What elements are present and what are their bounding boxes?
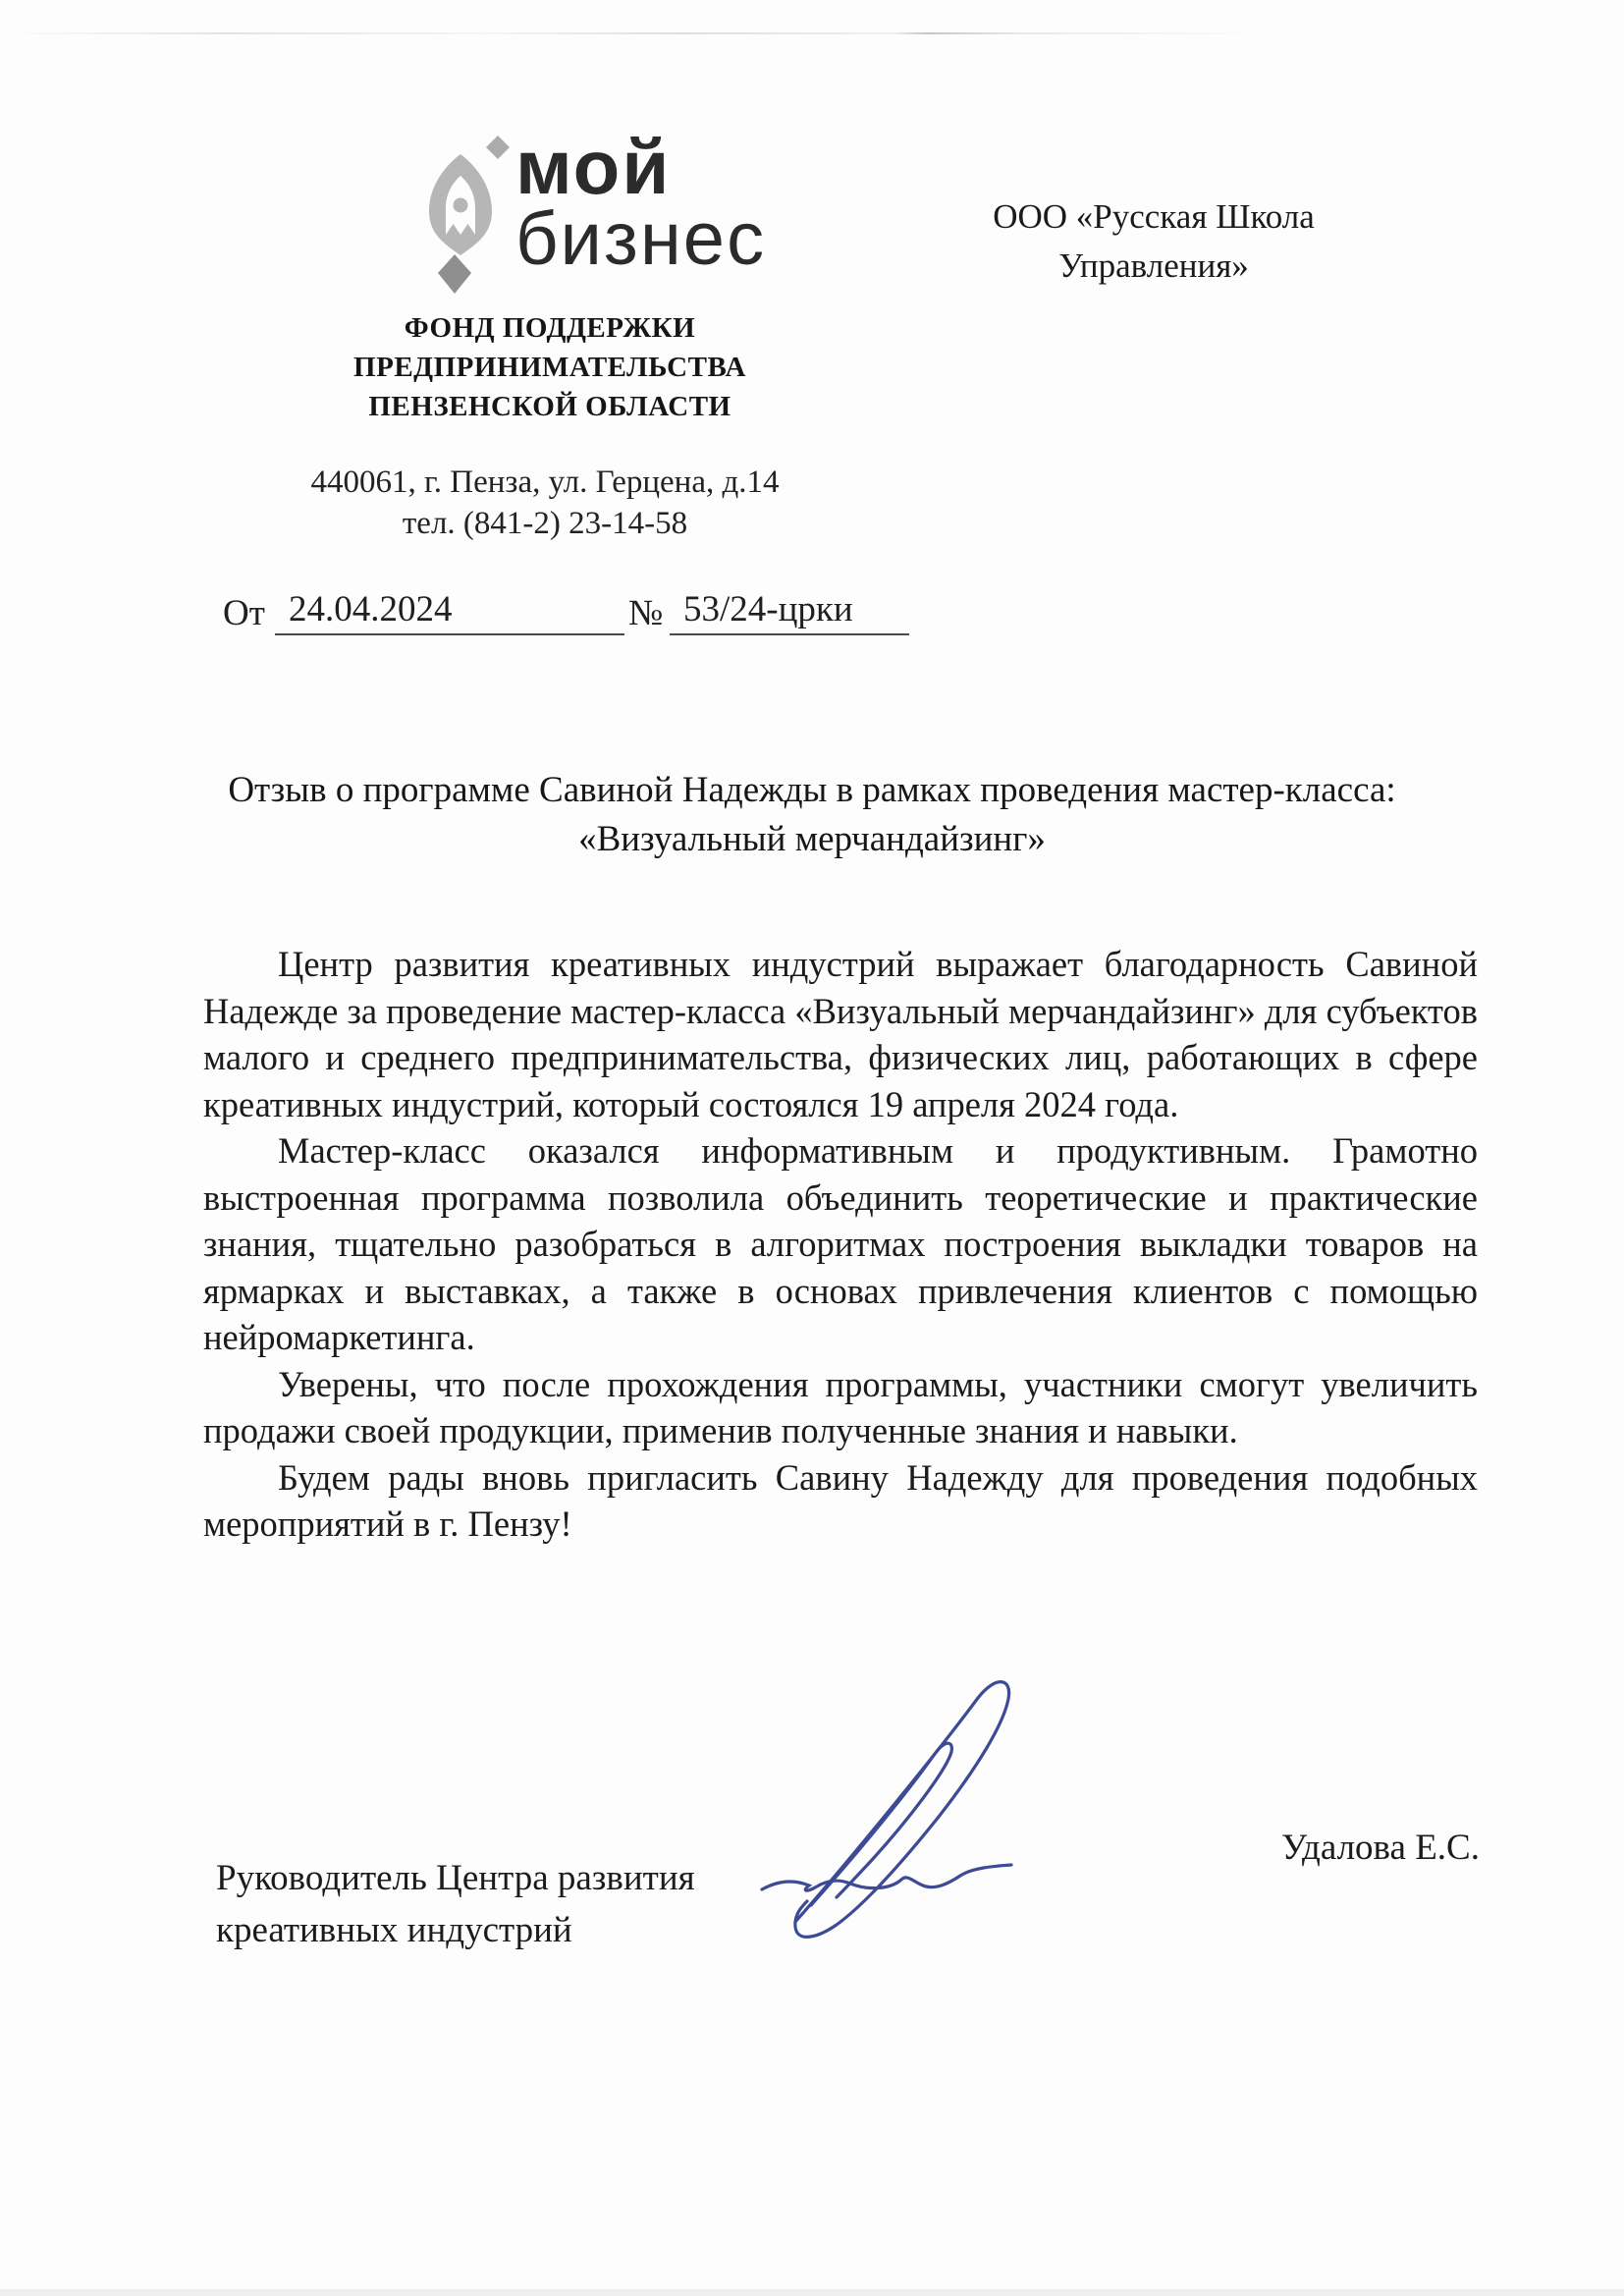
- recipient-org: ООО «Русская Школа Управления»: [957, 192, 1350, 291]
- brand-name-secondary: бизнес: [515, 198, 766, 281]
- scanned-letter-page: мой бизнес ФОНД ПОДДЕРЖКИ ПРЕДПРИНИМАТЕЛ…: [0, 0, 1624, 2296]
- recipient-org-line: ООО «Русская Школа: [957, 192, 1350, 242]
- reference-line: От 24.04.2024 № 53/24-црки: [0, 592, 1624, 641]
- body-paragraph: Мастер-класс оказался информативным и пр…: [203, 1127, 1478, 1361]
- sender-org-name: ФОНД ПОДДЕРЖКИ ПРЕДПРИНИМАТЕЛЬСТВА ПЕНЗЕ…: [324, 308, 776, 426]
- scan-artifact-line: [0, 32, 1624, 34]
- body-paragraph: Уверены, что после прохождения программы…: [203, 1361, 1478, 1454]
- rocket-pin-icon: [417, 133, 512, 298]
- letter-title-line: Отзыв о программе Савиной Надежды в рамк…: [79, 766, 1545, 815]
- recipient-org-line: Управления»: [957, 242, 1350, 291]
- handwritten-signature-icon: [754, 1662, 1039, 1951]
- signatory-position: Руководитель Центра развития креативных …: [216, 1852, 766, 1956]
- brand-text: мой бизнес: [515, 136, 766, 281]
- ref-number-field: 53/24-црки: [670, 588, 909, 635]
- letter-title: Отзыв о программе Савиной Надежды в рамк…: [79, 766, 1545, 864]
- signatory-position-line: креативных индустрий: [216, 1904, 766, 1956]
- body-paragraph: Будем рады вновь пригласить Савину Надеж…: [203, 1454, 1478, 1548]
- signatory-name: Удалова Е.С.: [1281, 1827, 1480, 1869]
- letter-title-line: «Визуальный мерчандайзинг»: [79, 815, 1545, 864]
- sender-org-name-line: ПЕНЗЕНСКОЙ ОБЛАСТИ: [324, 387, 776, 426]
- brand-name-primary: мой: [515, 136, 766, 198]
- sender-org-name-line: ПРЕДПРИНИМАТЕЛЬСТВА: [324, 348, 776, 387]
- signatory-position-line: Руководитель Центра развития: [216, 1852, 766, 1904]
- body-paragraph: Центр развития креативных индустрий выра…: [203, 941, 1478, 1127]
- ref-date-field: 24.04.2024: [275, 588, 624, 635]
- sender-phone: тел. (841-2) 23-14-58: [245, 503, 844, 544]
- letter-body: Центр развития креативных индустрий выра…: [203, 941, 1478, 1548]
- sender-org-name-line: ФОНД ПОДДЕРЖКИ: [324, 308, 776, 348]
- ref-number-label: №: [628, 592, 663, 634]
- sender-address: 440061, г. Пенза, ул. Герцена, д.14: [245, 462, 844, 503]
- ref-from-label: От: [223, 592, 265, 634]
- scan-artifact-strip: [0, 2289, 1624, 2296]
- sender-contact-block: 440061, г. Пенза, ул. Герцена, д.14 тел.…: [245, 462, 844, 544]
